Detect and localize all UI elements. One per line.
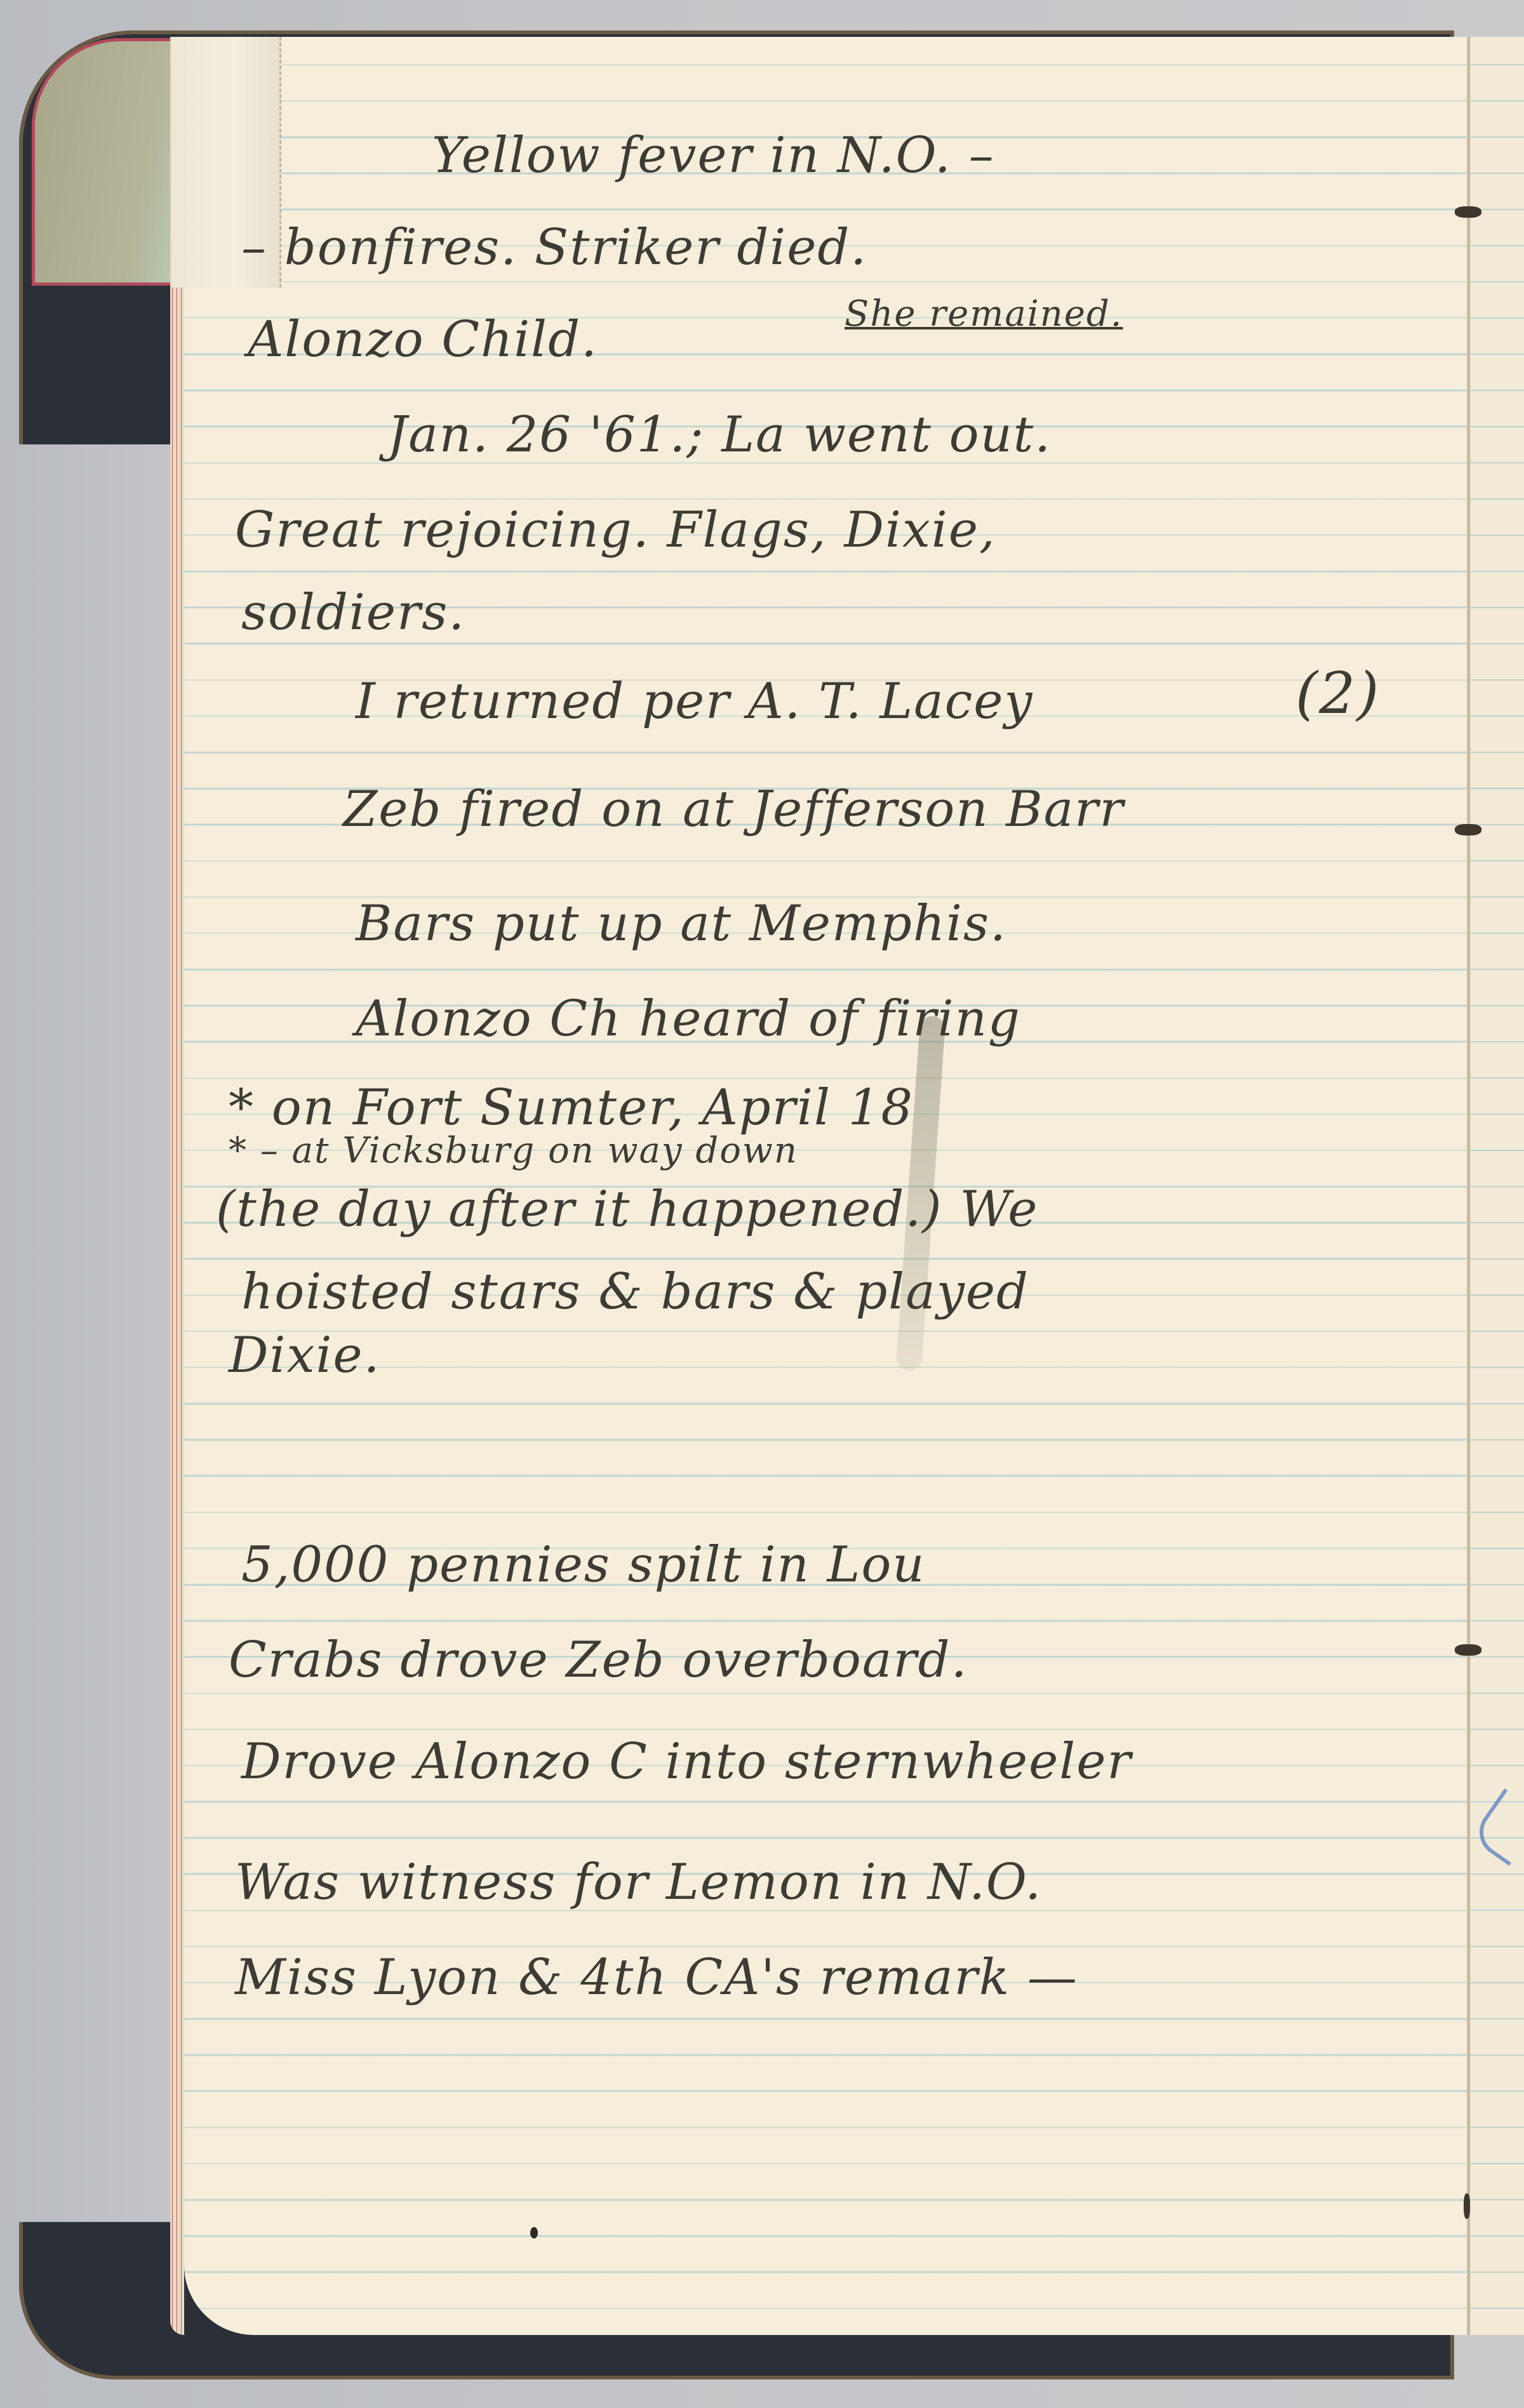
handwritten-line: Jan. 26 '61.; La went out.	[387, 406, 1052, 463]
handwritten-line: Alonzo Ch heard of firing	[356, 990, 1021, 1048]
handwritten-line: Yellow fever in N.O. –	[432, 127, 995, 184]
binding-hole-icon	[1455, 1644, 1481, 1656]
handwritten-line: Great rejoicing. Flags, Dixie,	[235, 502, 996, 559]
handwritten-line: Zeb fired on at Jefferson Barr	[343, 781, 1125, 838]
handwritten-line: Alonzo Child.	[248, 311, 598, 368]
handwritten-line: * on Fort Sumter, April 18	[229, 1079, 914, 1136]
handwritten-line: Miss Lyon & 4th CA's remark —	[235, 1949, 1078, 2006]
handwritten-line: soldiers.	[241, 584, 465, 641]
handwritten-line: Drove Alonzo C into sternwheeler	[241, 1733, 1132, 1790]
handwritten-line: (the day after it happened.) We	[216, 1181, 1038, 1238]
ink-dot	[530, 2227, 538, 2238]
handwritten-line: hoisted stars & bars & played	[241, 1263, 1029, 1320]
binding-hole-icon	[1455, 824, 1481, 835]
annotation: (2)	[1295, 660, 1380, 727]
next-page-edge	[1471, 37, 1524, 2335]
handwritten-line: 5,000 pennies spilt in Lou	[241, 1536, 926, 1593]
binding-hole-icon	[1455, 206, 1481, 218]
corner-endpaper	[32, 38, 187, 286]
handwritten-line: I returned per A. T. Lacey	[356, 673, 1034, 730]
handwritten-line: Dixie.	[229, 1327, 380, 1384]
handwritten-line: Bars put up at Memphis.	[356, 895, 1007, 952]
cover-cutaway	[0, 444, 171, 2222]
handwritten-line: Crabs drove Zeb overboard.	[229, 1632, 968, 1689]
annotation: She remained.	[845, 293, 1123, 335]
inserted-line: * – at Vicksburg on way down	[229, 1130, 798, 1171]
binding-hole-icon	[1464, 2193, 1470, 2219]
handwritten-line: – bonfires. Striker died.	[241, 219, 867, 276]
handwritten-line: Was witness for Lemon in N.O.	[235, 1854, 1042, 1911]
page-edges	[170, 37, 184, 2335]
